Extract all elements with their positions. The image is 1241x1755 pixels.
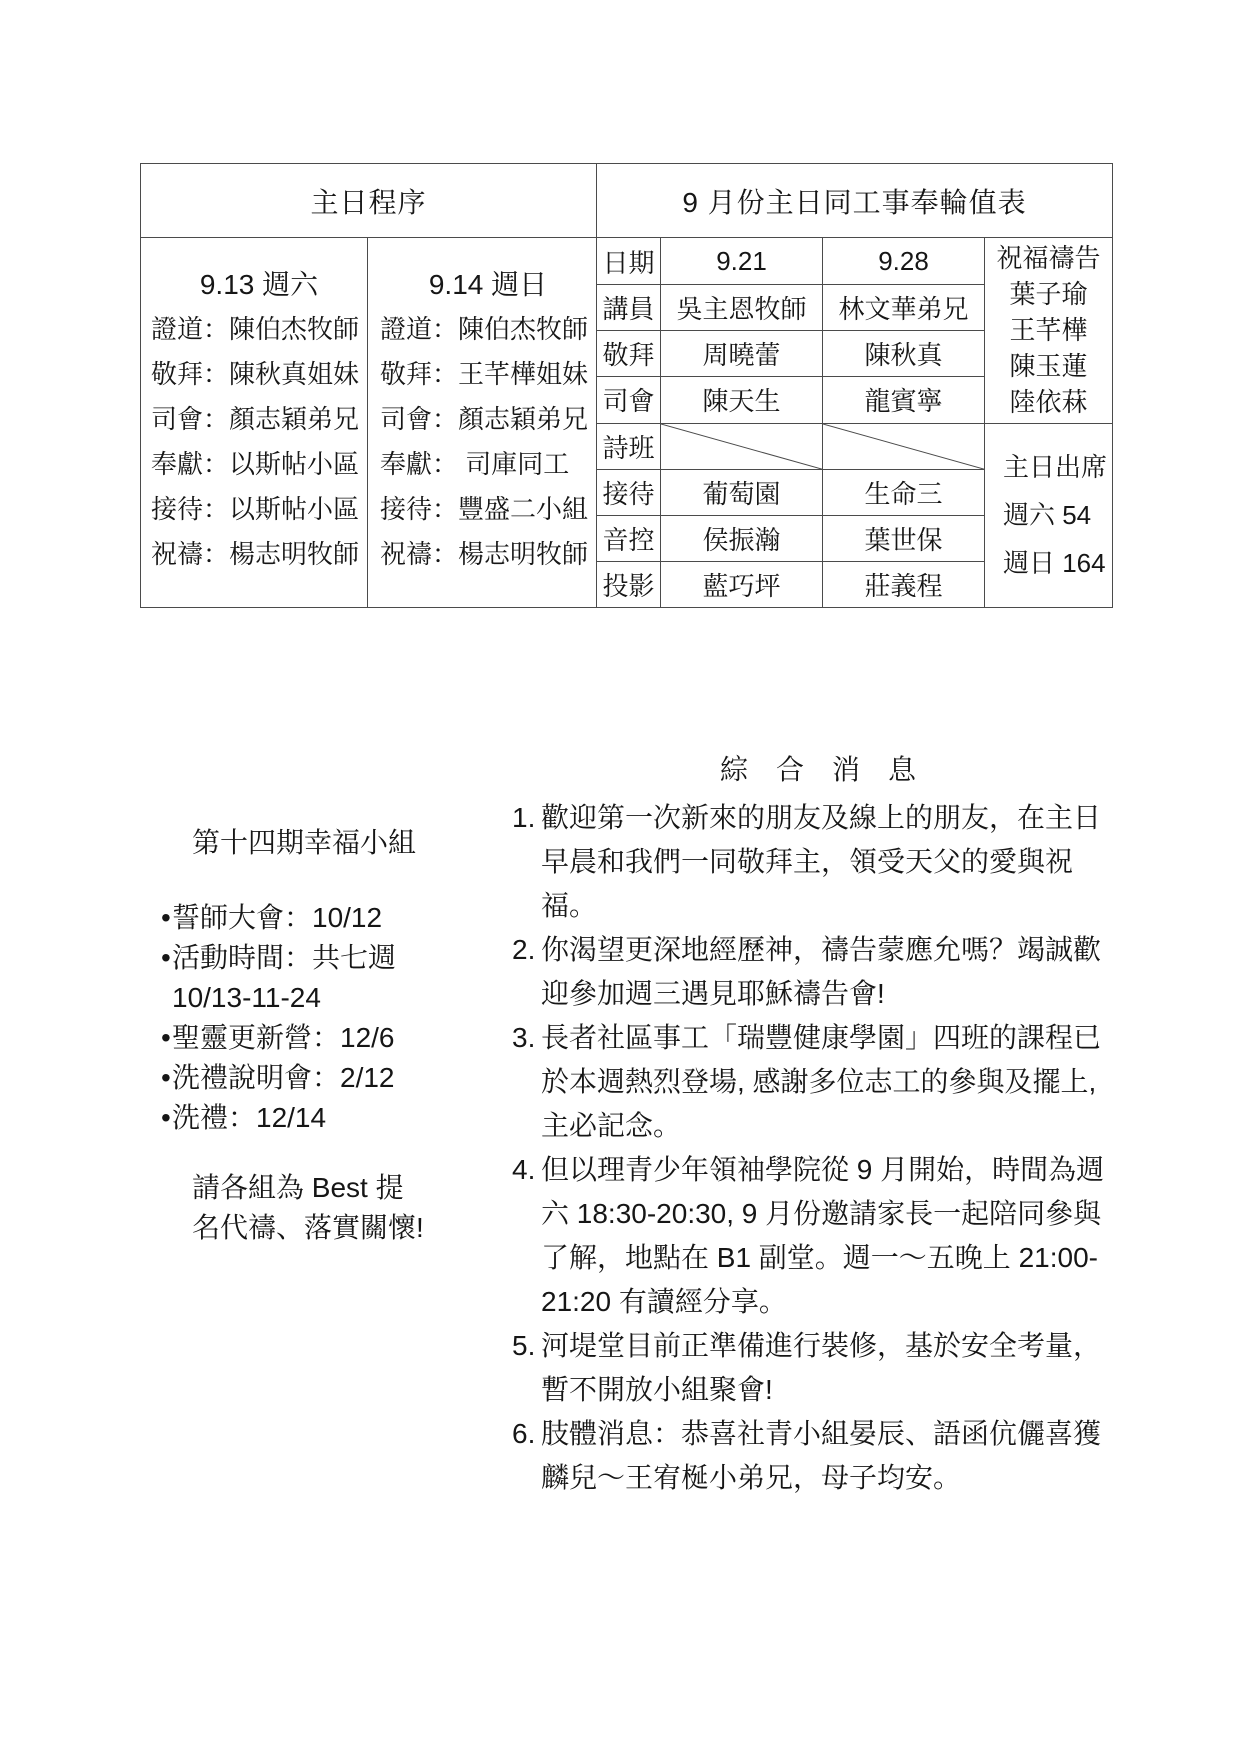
- program-line: 司會：顏志穎弟兄: [151, 397, 367, 442]
- duty-cell-projection-928: 莊義程: [822, 561, 984, 607]
- bullet-spacer: [140, 978, 172, 1018]
- program-line: 證道：陳伯杰牧師: [380, 307, 596, 352]
- duty-cell-chair-921: 陳天生: [660, 376, 822, 422]
- happiness-group-list: • 誓師大會：10/12 • 活動時間：共七週 10/13-11-24 • 聖靈…: [140, 898, 500, 1138]
- diagonal-strikethrough: [823, 424, 984, 469]
- program-line: 奉獻： 司庫同工: [380, 442, 596, 487]
- row-label-worship: 敬拜: [597, 330, 660, 376]
- duty-cell-date-928: 9.28: [822, 238, 984, 284]
- bulletin-page: 主日程序 9.13 週六 證道：陳伯杰牧師 敬拜：陳秋真姐妹 司會：顏志穎弟兄 …: [0, 0, 1241, 1755]
- duty-cell-choir-921-empty: [660, 423, 822, 469]
- blessing-prayer-title: 祝福禱告: [996, 240, 1100, 276]
- program-line: 接待：以斯帖小區: [151, 487, 367, 532]
- list-item: • 活動時間：共七週: [140, 938, 500, 978]
- list-item: • 洗禮：12/14: [140, 1098, 500, 1138]
- bullet-icon: •: [140, 1018, 172, 1058]
- row-label-speaker: 講員: [597, 284, 660, 330]
- blessing-prayer-cell: 祝福禱告 葉子瑜 王芊樺 陳玉蓮 陸依菻: [984, 238, 1112, 423]
- news-item-4: 4. 但以理青少年領袖學院從 9 月開始，時間為週 六 18:30-20:30,…: [512, 1148, 1124, 1324]
- attendance-sunday-count: 週日 164: [1003, 539, 1106, 587]
- program-line: 接待：豐盛二小組: [380, 487, 596, 532]
- news-item-number: 3.: [512, 1016, 541, 1148]
- row-label-chair: 司會: [597, 376, 660, 422]
- row-label-audio: 音控: [597, 515, 660, 561]
- blessing-prayer-name: 陳玉蓮: [1009, 348, 1087, 384]
- saturday-date-heading: 9.13 週六: [151, 263, 367, 307]
- general-news-section: 綜 合 消 息 1. 歡迎第一次新來的朋友及線上的朋友，在主日 早晨和我們一同敬…: [512, 748, 1124, 1500]
- news-item-number: 2.: [512, 928, 541, 1016]
- day-column-sunday: 9.14 週日 證道：陳伯杰牧師 敬拜：王芊樺姐妹 司會：顏志穎弟兄 奉獻： 司…: [367, 238, 596, 607]
- attendance-cell: 主日出席 週六 54 週日 164: [984, 423, 1112, 608]
- duty-roster-section: 9 月份主日同工事奉輪值表 日期 9.21 9.28 祝福禱告 葉子瑜 王芊樺 …: [596, 164, 1112, 607]
- attendance-saturday-count: 週六 54: [1003, 491, 1091, 539]
- sunday-program-header: 主日程序: [141, 164, 596, 238]
- sunday-date-heading: 9.14 週日: [380, 263, 596, 307]
- program-line: 司會：顏志穎弟兄: [380, 397, 596, 442]
- sunday-program-section: 主日程序 9.13 週六 證道：陳伯杰牧師 敬拜：陳秋真姐妹 司會：顏志穎弟兄 …: [141, 164, 596, 607]
- list-item: • 洗禮說明會：2/12: [140, 1058, 500, 1098]
- program-line: 敬拜：王芊樺姐妹: [380, 352, 596, 397]
- duty-cell-reception-921: 葡萄園: [660, 469, 822, 515]
- program-line: 敬拜：陳秋真姐妹: [151, 352, 367, 397]
- program-line: 祝禱：楊志明牧師: [380, 532, 596, 577]
- news-item-number: 6.: [512, 1412, 541, 1500]
- happiness-group-section: 第十四期幸福小組 • 誓師大會：10/12 • 活動時間：共七週 10/13-1…: [140, 823, 500, 1248]
- news-item-1: 1. 歡迎第一次新來的朋友及線上的朋友，在主日 早晨和我們一同敬拜主，領受天父的…: [512, 796, 1124, 928]
- duty-cell-worship-928: 陳秋真: [822, 330, 984, 376]
- duty-cell-projection-921: 藍巧坪: [660, 561, 822, 607]
- row-label-date: 日期: [597, 238, 660, 284]
- sunday-program-body: 9.13 週六 證道：陳伯杰牧師 敬拜：陳秋真姐妹 司會：顏志穎弟兄 奉獻：以斯…: [141, 238, 596, 607]
- program-line: 奉獻：以斯帖小區: [151, 442, 367, 487]
- bullet-icon: •: [140, 898, 172, 938]
- list-item: • 誓師大會：10/12: [140, 898, 500, 938]
- duty-cell-audio-921: 侯振瀚: [660, 515, 822, 561]
- news-item-3: 3. 長者社區事工「瑞豐健康學園」四班的課程已 於本週熱烈登場, 感謝多位志工的…: [512, 1016, 1124, 1148]
- row-label-reception: 接待: [597, 469, 660, 515]
- bullet-icon: •: [140, 1098, 172, 1138]
- news-item-2: 2. 你渴望更深地經歷神，禱告蒙應允嗎？竭誠歡 迎參加週三遇見耶穌禱告會!: [512, 928, 1124, 1016]
- news-item-5: 5. 河堤堂目前正準備進行裝修，基於安全考量， 暫不開放小組聚會!: [512, 1324, 1124, 1412]
- blessing-prayer-name: 王芊樺: [1009, 312, 1087, 348]
- blessing-prayer-name: 陸依菻: [1009, 384, 1087, 420]
- duty-roster-header: 9 月份主日同工事奉輪值表: [597, 164, 1112, 238]
- general-news-list: 1. 歡迎第一次新來的朋友及線上的朋友，在主日 早晨和我們一同敬拜主，領受天父的…: [512, 796, 1124, 1500]
- row-label-choir: 詩班: [597, 423, 660, 469]
- duty-cell-audio-928: 葉世保: [822, 515, 984, 561]
- attendance-title: 主日出席: [1003, 443, 1107, 491]
- row-label-projection: 投影: [597, 561, 660, 607]
- news-item-number: 1.: [512, 796, 541, 928]
- happiness-group-note: 請各組為 Best 提 名代禱、落實關懷!: [192, 1168, 500, 1248]
- bullet-icon: •: [140, 938, 172, 978]
- duty-cell-speaker-928: 林文華弟兄: [822, 284, 984, 330]
- list-item: • 聖靈更新營：12/6: [140, 1018, 500, 1058]
- duty-cell-reception-928: 生命三: [822, 469, 984, 515]
- diagonal-strikethrough: [661, 424, 822, 469]
- news-item-number: 4.: [512, 1148, 541, 1324]
- list-item-continuation: 10/13-11-24: [140, 978, 500, 1018]
- duty-cell-choir-928-empty: [822, 423, 984, 469]
- duty-roster-grid: 日期 9.21 9.28 祝福禱告 葉子瑜 王芊樺 陳玉蓮 陸依菻 講員 吳主恩…: [597, 238, 1112, 607]
- happiness-group-title: 第十四期幸福小組: [192, 823, 500, 863]
- duty-cell-speaker-921: 吳主恩牧師: [660, 284, 822, 330]
- duty-cell-worship-921: 周曉蕾: [660, 330, 822, 376]
- program-line: 祝禱：楊志明牧師: [151, 532, 367, 577]
- day-column-saturday: 9.13 週六 證道：陳伯杰牧師 敬拜：陳秋真姐妹 司會：顏志穎弟兄 奉獻：以斯…: [141, 238, 367, 607]
- duty-cell-chair-928: 龍賓寧: [822, 376, 984, 422]
- blessing-prayer-name: 葉子瑜: [1009, 276, 1087, 312]
- general-news-title: 綜 合 消 息: [512, 748, 1124, 792]
- schedule-duty-table: 主日程序 9.13 週六 證道：陳伯杰牧師 敬拜：陳秋真姐妹 司會：顏志穎弟兄 …: [140, 163, 1113, 608]
- program-line: 證道：陳伯杰牧師: [151, 307, 367, 352]
- news-item-6: 6. 肢體消息：恭喜社青小組晏辰、語函伉儷喜獲 麟兒～王宥梴小弟兄，母子均安。: [512, 1412, 1124, 1500]
- bullet-icon: •: [140, 1058, 172, 1098]
- news-item-number: 5.: [512, 1324, 541, 1412]
- duty-cell-date-921: 9.21: [660, 238, 822, 284]
